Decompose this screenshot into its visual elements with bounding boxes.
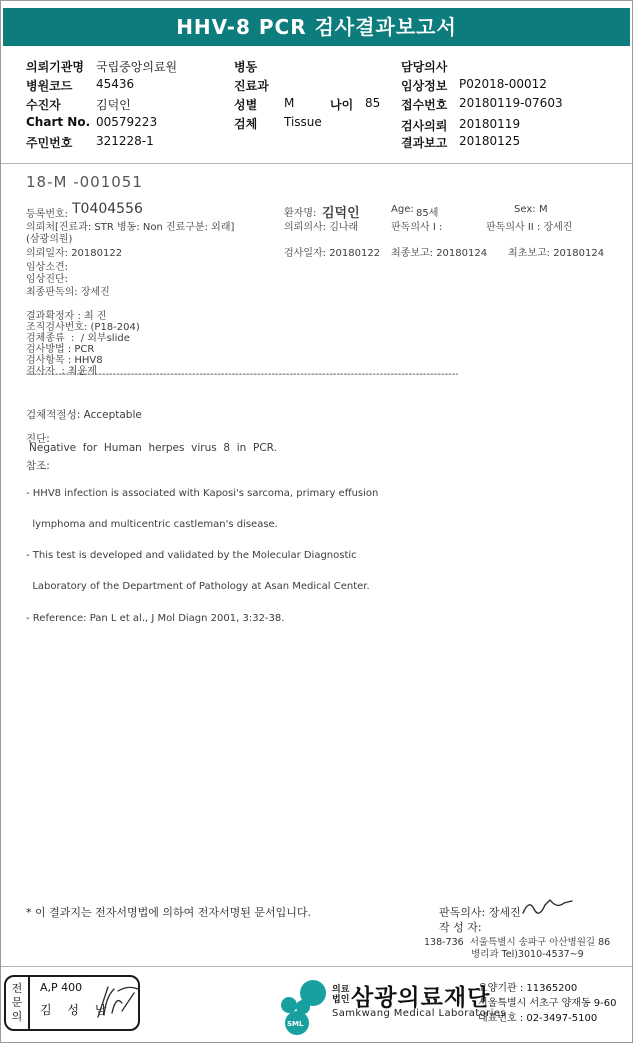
label-resident-no: 주민번호 — [26, 134, 72, 151]
label-specimen: 검체 — [234, 115, 257, 132]
title-band: HHV-8 PCR 검사결과보고서 — [3, 8, 630, 46]
label-chart-no: Chart No. — [26, 115, 90, 129]
age-value: 85세 — [416, 204, 438, 219]
diagnosis-text: Negative for Human herpes virus 8 in PCR… — [29, 442, 277, 454]
final-reader: 최종판독의: 장세진 — [26, 283, 110, 298]
label-requesting-org: 의뢰기관명 — [26, 58, 84, 75]
report-title: HHV-8 PCR 검사결과보고서 — [3, 8, 630, 46]
specimen-number: 18-M -001051 — [26, 173, 143, 191]
value-test-request: 20180119 — [459, 117, 520, 131]
footer-care-org-no: 요양기관 : 11365200 — [478, 981, 577, 996]
reference-line: - This test is developed and validated b… — [26, 551, 378, 561]
org-prefix: 의료 법인 — [332, 985, 349, 1005]
svg-text:SML: SML — [287, 1020, 304, 1028]
dashed-separator: ----------------------------------------… — [26, 369, 458, 381]
specialist-vertical-label: 전문의 — [11, 982, 24, 1024]
value-hospital-code: 45436 — [96, 77, 134, 91]
reference-line: - Reference: Pan L et al., J Mol Diagn 2… — [26, 614, 378, 624]
sex-value: M — [539, 204, 548, 215]
reader-signature-icon — [519, 895, 575, 919]
label-receipt-no: 접수번호 — [401, 96, 447, 113]
stamp-body: A,P 400 김 성 남 — [30, 977, 138, 1029]
label-result-report: 결과보고 — [401, 134, 447, 151]
report-page: HHV-8 PCR 검사결과보고서 의뢰기관명 국립중앙의료원 병원코드 454… — [0, 0, 633, 1043]
value-age: 85 — [365, 96, 380, 110]
reference-line: Laboratory of the Department of Patholog… — [26, 582, 378, 592]
writer-label: 작 성 자: — [439, 919, 482, 935]
patient-name-label: 환자명: — [284, 204, 316, 219]
divider-top — [1, 163, 632, 164]
value-requesting-org: 국립중앙의료원 — [96, 58, 177, 75]
reference-line: - HHV8 infection is associated with Kapo… — [26, 489, 378, 499]
sex-label: Sex: — [514, 204, 536, 215]
stamp-signature-icon — [88, 979, 140, 1025]
reader-signoff: 판독의사: 장세진 — [439, 904, 521, 920]
request-date: 의뢰일자: 20180122 — [26, 244, 122, 259]
request-doctor: 의뢰의사: 김나래 — [284, 218, 358, 233]
reading-doctor-1: 판독의사 I : — [391, 218, 442, 233]
label-hospital-code: 병원코드 — [26, 77, 72, 94]
value-result-report: 20180125 — [459, 134, 520, 148]
e-signature-notice: * 이 결과지는 전자서명법에 의하여 전자서명된 문서입니다. — [26, 904, 311, 920]
label-doctor: 담당의사 — [401, 58, 447, 75]
referrer-line-2: (삼광의원) — [26, 230, 72, 245]
value-resident-no: 321228-1 — [96, 134, 154, 148]
label-ward: 병동 — [234, 58, 257, 75]
value-chart-no: 00579223 — [96, 115, 157, 129]
age-label: Age: — [391, 204, 414, 215]
label-sex: 성별 — [234, 96, 257, 113]
reference-line: lymphoma and multicentric castleman's di… — [26, 520, 378, 530]
reg-no-value: T0404556 — [72, 201, 143, 217]
specimen-adequacy: 검체적절성: Acceptable — [26, 407, 142, 422]
sml-logo-icon: SML — [275, 977, 329, 1041]
exam-date: 검사일자: 20180122 — [284, 244, 380, 259]
label-patient: 수진자 — [26, 96, 61, 113]
value-specimen: Tissue — [284, 115, 322, 129]
value-clinical-info: P02018-00012 — [459, 77, 547, 91]
address-line-2: 병리과 Tel)3010-4537~9 — [471, 946, 584, 960]
footer-address: 서울특별시 서초구 양재동 9-60 — [478, 996, 617, 1011]
footer-phone: 대표번호 : 02-3497-5100 — [478, 1011, 597, 1026]
specialist-stamp-box: 전문의 A,P 400 김 성 남 — [4, 975, 140, 1031]
label-department: 진료과 — [234, 77, 269, 94]
label-clinical-info: 임상정보 — [401, 77, 447, 94]
value-sex: M — [284, 96, 294, 110]
value-patient: 김덕인 — [96, 96, 131, 113]
reading-doctor-2: 판독의사 II : 장세진 — [486, 218, 572, 233]
stamp-vertical-label-cell: 전문의 — [6, 977, 30, 1029]
final-report-date: 최종보고: 20180124 — [391, 244, 487, 259]
divider-footer — [1, 966, 632, 967]
label-test-request: 검사의뢰 — [401, 117, 447, 134]
reference-lines: - HHV8 infection is associated with Kapo… — [26, 468, 378, 645]
label-age: 나이 — [330, 96, 353, 113]
first-report-date: 최초보고: 20180124 — [508, 244, 604, 259]
value-receipt-no: 20180119-07603 — [459, 96, 563, 110]
